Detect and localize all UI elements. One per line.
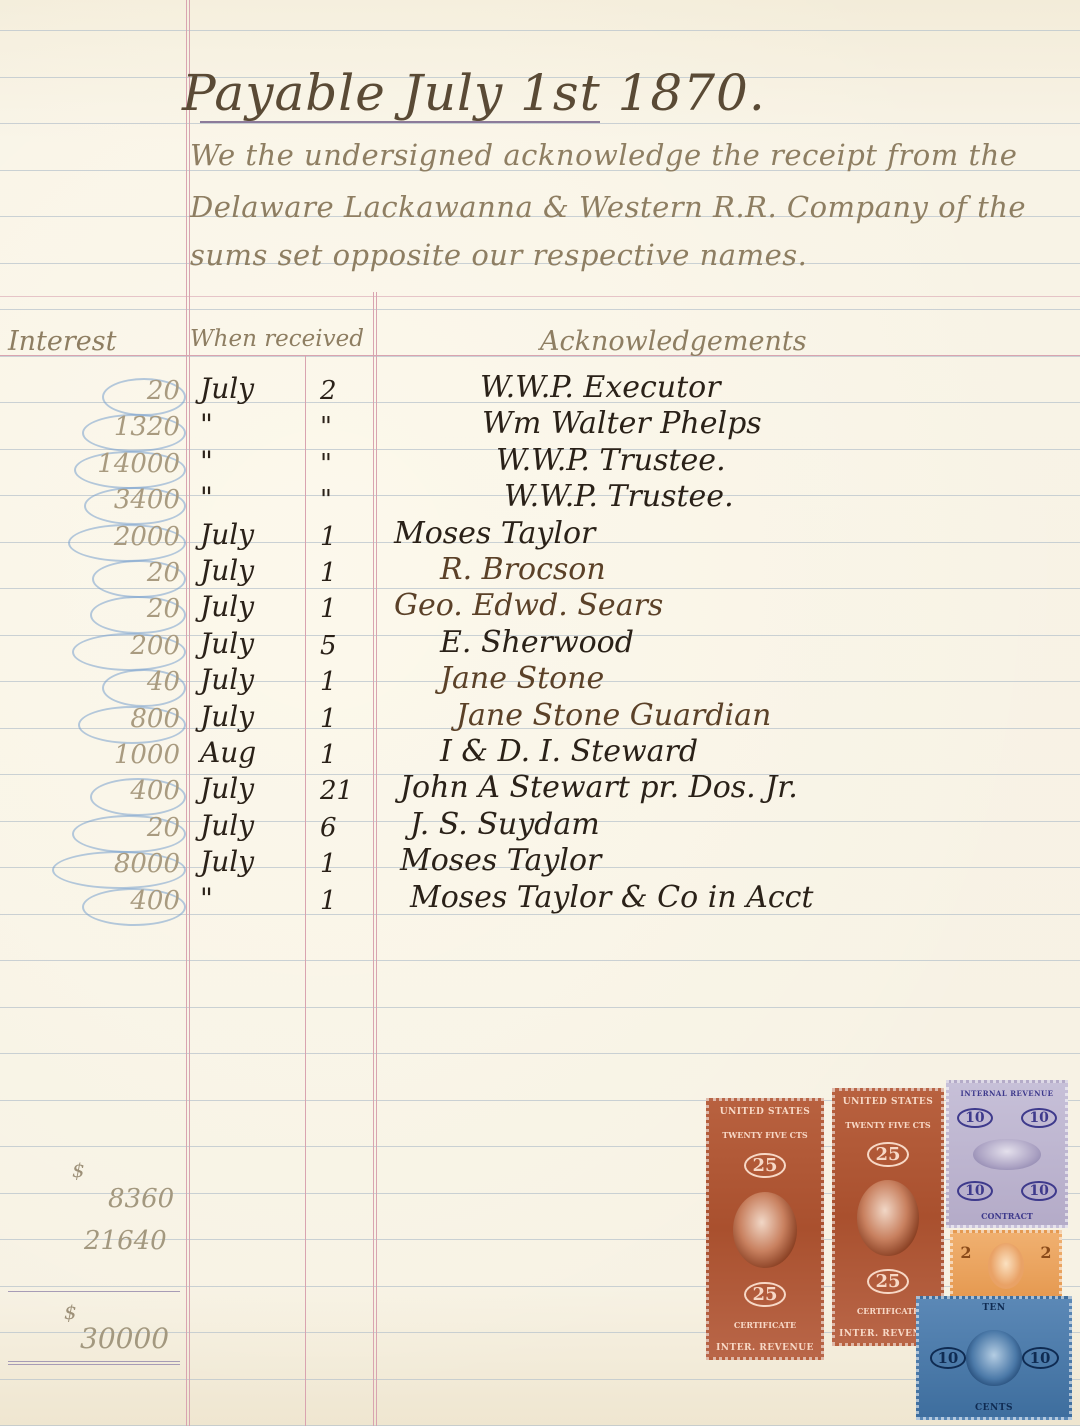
entry-day: 5 (320, 631, 337, 661)
stamp-value: 10 (1021, 1181, 1056, 1201)
document-title: Payable July 1st 1870. (182, 64, 766, 122)
entry-signature: Moses Taylor (400, 843, 601, 878)
grand-total-rule-double (8, 1364, 180, 1365)
stamp-bottom-text: CENTS (975, 1403, 1013, 1417)
entry-signature: Wm Walter Phelps (482, 406, 762, 441)
stamp-value-row: 10 10 (930, 1330, 1059, 1386)
grand-total-rule (8, 1361, 180, 1362)
revenue-stamp-10c-bill-of-lading: TEN 10 10 CENTS (916, 1296, 1072, 1420)
entry-month: July (200, 372, 254, 405)
stamp-value: 2 (1040, 1243, 1051, 1289)
entry-signature: W.W.P. Trustee. (496, 443, 726, 478)
entry-month: " (200, 481, 213, 514)
stamp-value-row: 2 2 (960, 1243, 1051, 1289)
entry-day: 1 (320, 704, 337, 734)
stamp-value: 10 (1021, 1108, 1056, 1128)
entry-month: July (200, 590, 254, 623)
stamp-legend: TWENTY FIVE CTS (722, 1130, 807, 1140)
entry-month: July (200, 518, 254, 551)
entry-day: 1 (320, 594, 337, 624)
washington-portrait-icon (733, 1192, 798, 1269)
entry-day: 1 (320, 558, 337, 588)
entry-month: July (200, 663, 254, 696)
revenue-stamp-10c-contract: INTERNAL REVENUE 10 10 10 10 CONTRACT (946, 1080, 1068, 1228)
entry-signature: Moses Taylor & Co in Acct (410, 880, 813, 915)
statement-line-2: Delaware Lackawanna & Western R.R. Compa… (190, 190, 1026, 224)
stamp-value: 10 (957, 1108, 992, 1128)
entry-month: July (200, 772, 254, 805)
entry-signature: Jane Stone (440, 661, 604, 696)
ledger-page: Payable July 1st 1870. We the undersigne… (0, 0, 1080, 1426)
entry-day: 1 (320, 740, 337, 770)
entry-amount: 20 (147, 594, 180, 624)
ruled-line (0, 1053, 1080, 1054)
washington-portrait-icon (857, 1180, 918, 1256)
stamp-top-text: UNITED STATES (843, 1091, 934, 1107)
stamp-value: 25 (744, 1153, 785, 1178)
entry-signature: W.W.P. Trustee. (504, 479, 734, 514)
entry-day: " (320, 449, 332, 479)
ruled-line (0, 1007, 1080, 1008)
entry-signature: John A Stewart pr. Dos. Jr. (400, 770, 798, 805)
stamp-value: 2 (960, 1243, 971, 1289)
entry-signature: E. Sherwood (440, 625, 634, 660)
title-underline (200, 121, 600, 123)
ruled-line (0, 309, 1080, 310)
entry-signature: W.W.P. Executor (480, 370, 721, 405)
stamp-type: CERTIFICATE (734, 1320, 796, 1330)
grand-total-currency-mark: $ (64, 1300, 77, 1324)
stamp-value-bottom: 25 (744, 1282, 785, 1307)
column-header-when-received: When received (190, 326, 364, 352)
revenue-stamp-2c: 2 2 (950, 1230, 1062, 1302)
entry-signature: I & D. I. Steward (440, 734, 698, 769)
entry-month: July (200, 627, 254, 660)
column-divider-when-received-double (376, 292, 377, 1426)
washington-portrait-icon (973, 1139, 1040, 1170)
entry-signature: Jane Stone Guardian (456, 698, 771, 733)
entry-day: " (320, 412, 332, 442)
entry-month: July (200, 845, 254, 878)
entry-day: 1 (320, 886, 337, 916)
entry-day: 2 (320, 376, 337, 406)
statement-line-1: We the undersigned acknowledge the recei… (190, 138, 1017, 172)
entry-day: " (320, 485, 332, 515)
entry-amount: 20 (147, 376, 180, 406)
ruled-line (0, 30, 1080, 31)
stamp-value: 10 (957, 1181, 992, 1201)
stamp-value: 10 (930, 1347, 967, 1369)
margin-line-left (186, 0, 187, 1426)
entry-amount: 3400 (114, 485, 180, 515)
entry-amount: 14000 (97, 449, 180, 479)
entry-signature: Moses Taylor (394, 516, 595, 551)
entry-signature: Geo. Edwd. Sears (394, 588, 663, 623)
column-header-acknowledgements: Acknowledgements (540, 326, 807, 357)
stamp-value-row: 10 10 (957, 1108, 1057, 1128)
entry-signature: J. S. Suydam (410, 807, 600, 842)
washington-portrait-icon (966, 1330, 1021, 1386)
entry-month: " (200, 445, 213, 478)
subtotal-2: 21640 (84, 1226, 167, 1256)
entry-amount: 20 (147, 813, 180, 843)
ruled-line (0, 960, 1080, 961)
entry-day: 6 (320, 813, 337, 843)
entry-amount: 8000 (114, 849, 180, 879)
entry-month: " (200, 882, 213, 915)
entry-amount: 800 (130, 704, 180, 734)
entry-amount: 2000 (114, 522, 180, 552)
stamp-top-text: INTERNAL REVENUE (961, 1083, 1054, 1098)
statement-line-3: sums set opposite our respective names. (190, 238, 807, 272)
entry-amount: 400 (130, 886, 180, 916)
washington-portrait-icon (988, 1243, 1024, 1289)
stamp-top-text: TEN (982, 1299, 1005, 1313)
total-rule (8, 1291, 180, 1292)
stamp-value-bottom: 25 (867, 1269, 908, 1294)
entry-month: July (200, 554, 254, 587)
revenue-stamp-25c-1: UNITED STATES TWENTY FIVE CTS 25 25 CERT… (706, 1098, 824, 1360)
stamp-type: CERTIFICATE (857, 1306, 919, 1316)
currency-mark: $ (72, 1158, 85, 1182)
grand-total: 30000 (80, 1322, 169, 1355)
entry-month: July (200, 700, 254, 733)
entry-signature: R. Brocson (440, 552, 606, 587)
stamp-value: 10 (1022, 1347, 1059, 1369)
entry-month: Aug (200, 736, 256, 769)
entry-day: 1 (320, 667, 337, 697)
entry-day: 1 (320, 522, 337, 552)
entry-amount: 200 (130, 631, 180, 661)
ruled-line (0, 123, 1080, 124)
stamp-bottom-text: INTER. REVENUE (716, 1343, 814, 1357)
column-header-interest: Interest (8, 326, 116, 357)
entry-day: 21 (320, 776, 353, 806)
stamp-top-text: UNITED STATES (720, 1101, 811, 1117)
stamp-value: 25 (867, 1142, 908, 1167)
subtotal-1: 8360 (108, 1184, 174, 1214)
entry-month: " (200, 408, 213, 441)
header-rule-top (0, 296, 1080, 297)
entry-amount: 400 (130, 776, 180, 806)
column-divider-when-received (373, 292, 374, 1426)
stamp-legend: TWENTY FIVE CTS (845, 1120, 930, 1130)
entry-amount: 1000 (114, 740, 180, 770)
column-divider-day (305, 356, 306, 1426)
entry-day: 1 (320, 849, 337, 879)
entry-amount: 20 (147, 558, 180, 588)
stamp-value-row-bottom: 10 10 (957, 1181, 1057, 1201)
entry-amount: 1320 (114, 412, 180, 442)
entry-amount: 40 (147, 667, 180, 697)
entry-month: July (200, 809, 254, 842)
stamp-type: CONTRACT (981, 1211, 1033, 1225)
